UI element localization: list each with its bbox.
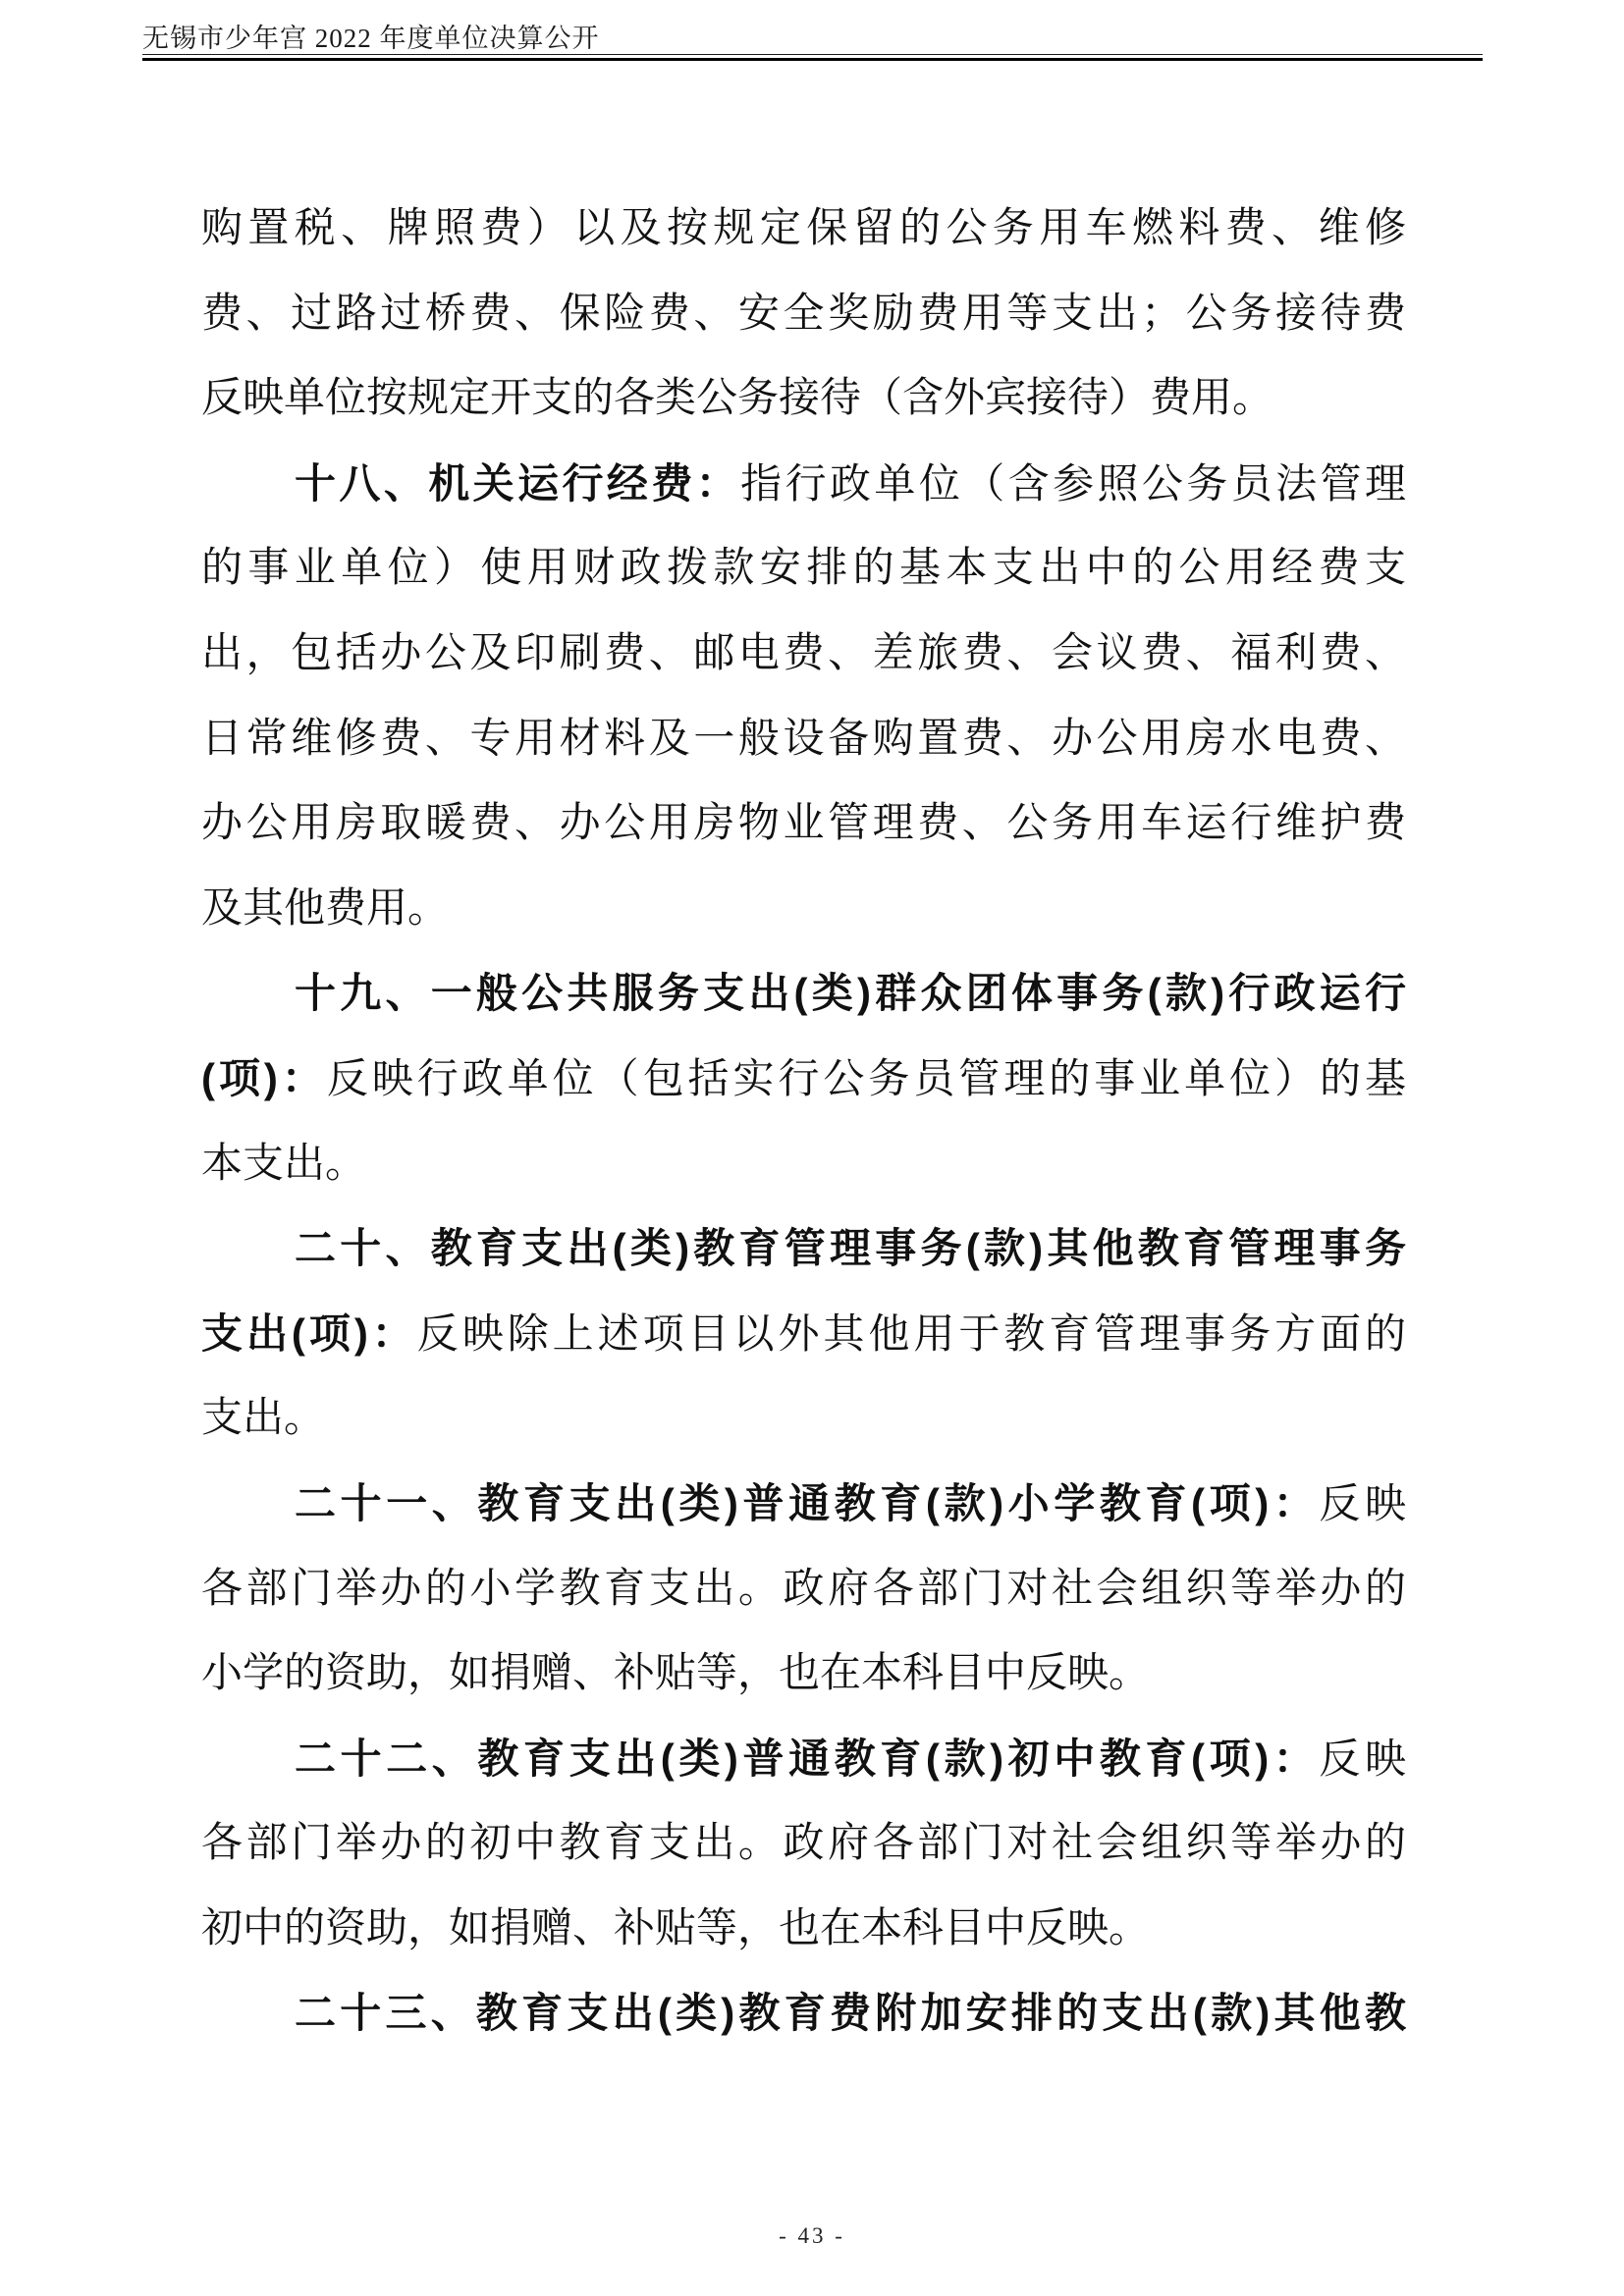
page-number: - 43 - [779, 2223, 845, 2248]
text-segment: 购置税、牌照费）以及按规定保留的公务用车燃料费、维修 [201, 206, 1406, 251]
text-line: 反映单位按规定开支的各类公务接待（含外宾接待）费用。 [201, 356, 1406, 442]
text-segment: 日常维修费、专用材料及一般设备购置费、办公用房水电费、 [201, 717, 1406, 762]
page-header: 无锡市少年宫 2022 年度单位决算公开 [142, 24, 1483, 61]
paragraph: 购置税、牌照费）以及按规定保留的公务用车燃料费、维修费、过路过桥费、保险费、安全… [201, 187, 1406, 442]
paragraph: 十九、一般公共服务支出(类)群众团体事务(款)行政运行(项)：反映行政单位（包括… [201, 951, 1406, 1206]
text-line: 初中的资助，如捐赠、补贴等，也在本科目中反映。 [201, 1887, 1406, 1972]
paragraph: 二十一、教育支出(类)普通教育(款)小学教育(项)：反映各部门举办的小学教育支出… [201, 1462, 1406, 1717]
text-line: 支出。 [201, 1376, 1406, 1462]
text-line: 办公用房取暖费、办公用房物业管理费、公务用车运行维护费 [201, 781, 1406, 867]
text-line: 各部门举办的初中教育支出。政府各部门对社会组织等举办的 [201, 1801, 1406, 1887]
bold-text-segment: 二十三、教育支出(类)教育费附加安排的支出(款)其他教 [295, 1990, 1406, 2036]
paragraph: 二十、教育支出(类)教育管理事务(款)其他教育管理事务支出(项)：反映除上述项目… [201, 1206, 1406, 1462]
bold-text-segment: 二十一、教育支出(类)普通教育(款)小学教育(项)： [295, 1480, 1319, 1526]
document-body: 购置税、牌照费）以及按规定保留的公务用车燃料费、维修费、过路过桥费、保险费、安全… [201, 187, 1406, 2056]
text-segment: 费、过路过桥费、保险费、安全奖励费用等支出；公务接待费 [201, 292, 1406, 337]
text-line: 小学的资助，如捐赠、补贴等，也在本科目中反映。 [201, 1631, 1406, 1717]
paragraph: 二十三、教育支出(类)教育费附加安排的支出(款)其他教 [201, 1971, 1406, 2056]
text-segment: 反映除上述项目以外其他用于教育管理事务方面的 [417, 1312, 1406, 1358]
text-line: 各部门举办的小学教育支出。政府各部门对社会组织等举办的 [201, 1547, 1406, 1632]
text-segment: 反映单位按规定开支的各类公务接待（含外宾接待）费用。 [201, 376, 1273, 421]
text-segment: 出，包括办公及印刷费、邮电费、差旅费、会议费、福利费、 [201, 631, 1406, 676]
text-segment: 指行政单位（含参照公务员法管理 [740, 462, 1406, 507]
text-segment: 各部门举办的初中教育支出。政府各部门对社会组织等举办的 [201, 1821, 1406, 1866]
bold-text-segment: (项)： [201, 1055, 327, 1101]
paragraph: 二十二、教育支出(类)普通教育(款)初中教育(项)：反映各部门举办的初中教育支出… [201, 1717, 1406, 1972]
text-segment: 小学的资助，如捐赠、补贴等，也在本科目中反映。 [201, 1651, 1150, 1696]
text-segment: 反映 [1319, 1737, 1406, 1783]
paragraph: 十八、机关运行经费：指行政单位（含参照公务员法管理的事业单位）使用财政拨款安排的… [201, 442, 1406, 952]
bold-text-segment: 二十二、教育支出(类)普通教育(款)初中教育(项)： [295, 1735, 1319, 1782]
text-line: (项)：反映行政单位（包括实行公务员管理的事业单位）的基 [201, 1037, 1406, 1122]
text-line: 十九、一般公共服务支出(类)群众团体事务(款)行政运行 [201, 951, 1406, 1037]
page-footer: - 43 - [0, 2221, 1624, 2251]
text-segment: 支出。 [201, 1396, 325, 1441]
bold-text-segment: 支出(项)： [201, 1310, 417, 1357]
text-line: 费、过路过桥费、保险费、安全奖励费用等支出；公务接待费 [201, 272, 1406, 357]
text-line: 的事业单位）使用财政拨款安排的基本支出中的公用经费支 [201, 526, 1406, 612]
text-line: 日常维修费、专用材料及一般设备购置费、办公用房水电费、 [201, 697, 1406, 782]
header-title: 无锡市少年宫 2022 年度单位决算公开 [142, 24, 1483, 53]
text-segment: 各部门举办的小学教育支出。政府各部门对社会组织等举办的 [201, 1567, 1406, 1612]
text-segment: 办公用房取暖费、办公用房物业管理费、公务用车运行维护费 [201, 801, 1406, 846]
text-line: 二十三、教育支出(类)教育费附加安排的支出(款)其他教 [201, 1971, 1406, 2056]
text-segment: 的事业单位）使用财政拨款安排的基本支出中的公用经费支 [201, 546, 1406, 591]
text-line: 购置税、牌照费）以及按规定保留的公务用车燃料费、维修 [201, 187, 1406, 272]
text-line: 及其他费用。 [201, 867, 1406, 952]
bold-text-segment: 二十、教育支出(类)教育管理事务(款)其他教育管理事务 [295, 1225, 1406, 1271]
text-segment: 反映 [1319, 1482, 1406, 1527]
text-segment: 初中的资助，如捐赠、补贴等，也在本科目中反映。 [201, 1906, 1150, 1951]
header-rule [142, 54, 1483, 61]
text-line: 二十二、教育支出(类)普通教育(款)初中教育(项)：反映 [201, 1717, 1406, 1802]
text-line: 支出(项)：反映除上述项目以外其他用于教育管理事务方面的 [201, 1292, 1406, 1377]
text-segment: 及其他费用。 [201, 886, 449, 932]
text-line: 二十、教育支出(类)教育管理事务(款)其他教育管理事务 [201, 1206, 1406, 1292]
text-line: 出，包括办公及印刷费、邮电费、差旅费、会议费、福利费、 [201, 612, 1406, 697]
bold-text-segment: 十八、机关运行经费： [295, 460, 740, 507]
text-line: 二十一、教育支出(类)普通教育(款)小学教育(项)：反映 [201, 1462, 1406, 1547]
text-line: 本支出。 [201, 1122, 1406, 1207]
bold-text-segment: 十九、一般公共服务支出(类)群众团体事务(款)行政运行 [295, 970, 1406, 1016]
text-segment: 本支出。 [201, 1142, 366, 1187]
document-page: 无锡市少年宫 2022 年度单位决算公开 购置税、牌照费）以及按规定保留的公务用… [0, 0, 1624, 2296]
text-segment: 反映行政单位（包括实行公务员管理的事业单位）的基 [327, 1057, 1406, 1102]
text-line: 十八、机关运行经费：指行政单位（含参照公务员法管理 [201, 442, 1406, 527]
